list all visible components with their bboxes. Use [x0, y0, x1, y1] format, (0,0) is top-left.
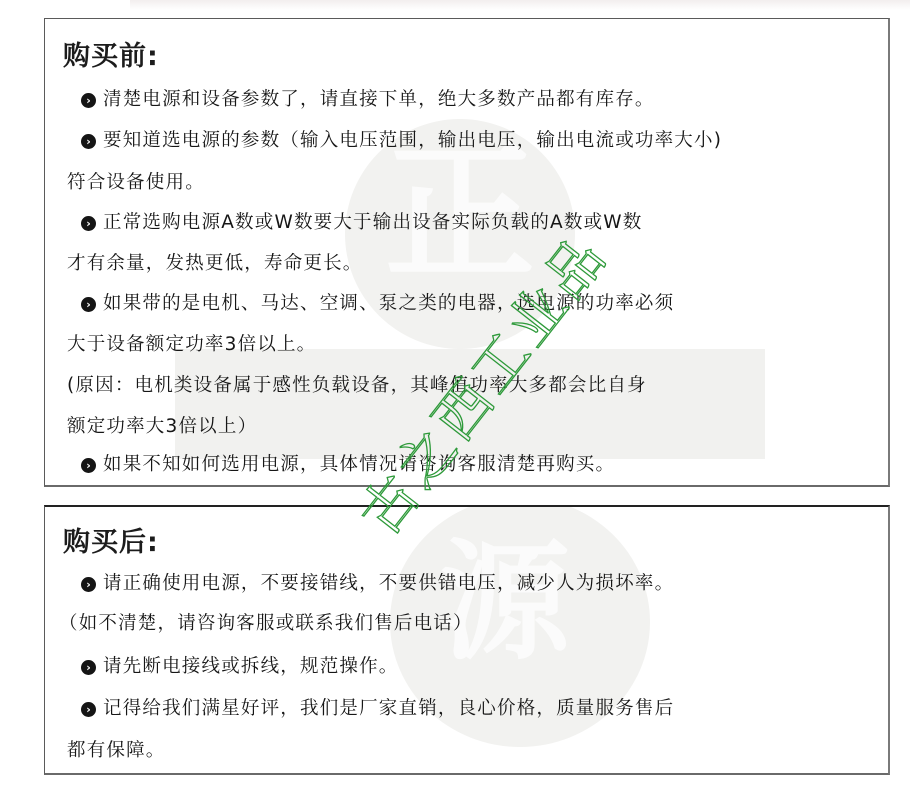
- list-item-text: 请先断电接线或拆线，规范操作。: [103, 656, 399, 677]
- list-item-text: 正常选购电源A数或W数要大于输出设备实际负载的A数或W数: [103, 212, 643, 233]
- arrow-bullet-icon: ›: [81, 93, 96, 108]
- list-item: ›如果不知如何选用电源，具体情况请咨询客服清楚再购买。: [81, 453, 615, 477]
- list-item: ›正常选购电源A数或W数要大于输出设备实际负载的A数或W数: [81, 211, 643, 235]
- arrow-bullet-icon: ›: [81, 702, 96, 717]
- panel-title-after: 购买后:: [63, 527, 159, 559]
- list-item-text: 请正确使用电源，不要接错线，不要供错电压，减少人为损坏率。: [103, 573, 674, 594]
- list-item-text: 清楚电源和设备参数了，请直接下单，绝大多数产品都有库存。: [103, 89, 655, 110]
- top-edge-fade: [130, 0, 910, 10]
- list-item: ›请正确使用电源，不要接错线，不要供错电压，减少人为损坏率。: [81, 572, 674, 596]
- list-item-continuation: 才有余量，发热更低，寿命更长。: [67, 252, 363, 276]
- note-text: （如不清楚，请咨询客服或联系我们售后电话）: [59, 612, 473, 636]
- after-purchase-panel: 源 购买后: ›请正确使用电源，不要接错线，不要供错电压，减少人为损坏率。 （如…: [44, 505, 890, 775]
- list-item-text: 要知道选电源的参数（输入电压范围，输出电压，输出电流或功率大小): [103, 130, 722, 151]
- list-item: ›清楚电源和设备参数了，请直接下单，绝大多数产品都有库存。: [81, 88, 655, 112]
- before-purchase-panel: 正 购买前: ›清楚电源和设备参数了，请直接下单，绝大多数产品都有库存。 ›要知…: [44, 18, 890, 487]
- list-item: ›如果带的是电机、马达、空调、泵之类的电器，选电源的功率必须: [81, 292, 674, 316]
- list-item-continuation: 符合设备使用。: [67, 171, 205, 195]
- watermark-glyph: 源: [440, 532, 570, 672]
- note-text: (原因：电机类设备属于感性负载设备，其峰值功率大多都会比自身: [67, 374, 647, 398]
- arrow-bullet-icon: ›: [81, 134, 96, 149]
- panel-title-before: 购买前:: [63, 41, 159, 73]
- arrow-bullet-icon: ›: [81, 216, 96, 231]
- list-item: ›记得给我们满星好评，我们是厂家直销，良心价格，质量服务售后: [81, 697, 674, 721]
- list-item: ›请先断电接线或拆线，规范操作。: [81, 655, 399, 679]
- arrow-bullet-icon: ›: [81, 297, 96, 312]
- list-item-text: 如果带的是电机、马达、空调、泵之类的电器，选电源的功率必须: [103, 293, 674, 314]
- note-text: 额定功率大3倍以上）: [67, 415, 257, 439]
- arrow-bullet-icon: ›: [81, 577, 96, 592]
- arrow-bullet-icon: ›: [81, 660, 96, 675]
- list-item-continuation: 都有保障。: [67, 739, 166, 763]
- watermark-block: [175, 349, 765, 459]
- list-item-continuation: 大于设备额定功率3倍以上。: [67, 333, 316, 357]
- list-item-text: 记得给我们满星好评，我们是厂家直销，良心价格，质量服务售后: [103, 698, 674, 719]
- list-item-text: 如果不知如何选用电源，具体情况请咨询客服清楚再购买。: [103, 454, 615, 475]
- arrow-bullet-icon: ›: [81, 458, 96, 473]
- list-item: ›要知道选电源的参数（输入电压范围，输出电压，输出电流或功率大小): [81, 129, 722, 153]
